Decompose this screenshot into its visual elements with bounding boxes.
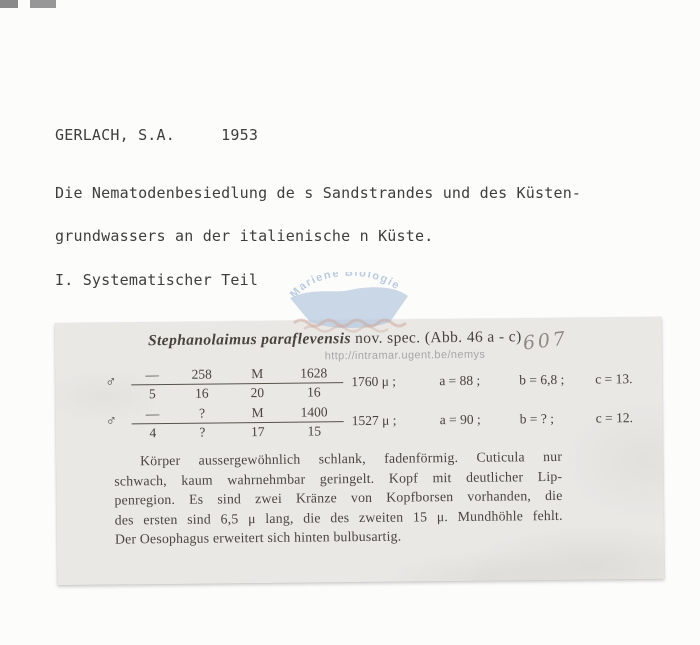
measurement-row-male-2: ♂ — ? M 1400 4 ? 17 15 1527 μ ; a = 90 ;… <box>106 401 634 442</box>
male-symbol: ♂ <box>105 374 129 391</box>
description-line: Der Oesophagus erweitert sich hinten bul… <box>115 525 563 549</box>
ratio-b-value: b = 6,8 ; <box>519 372 587 389</box>
title-line-2: grundwassers an der italienische n Küste… <box>55 229 581 244</box>
nemys-url-watermark: http://intramar.ugent.be/nemys <box>205 347 605 363</box>
demanian-formula: — ? M 1400 4 ? 17 15 <box>132 404 344 441</box>
title-line-1: Die Nematodenbesiedlung de s Sandstrande… <box>55 186 581 201</box>
formula-denominators: 4 ? 17 15 <box>132 422 344 441</box>
formula-cell: 5 <box>131 386 173 402</box>
author-year-line: GERLACH, S.A. 1953 <box>55 128 581 143</box>
formula-cell: M <box>231 405 285 422</box>
ratio-c-value: c = 12. <box>596 410 633 426</box>
species-name: Stephanolaimus paraflevensis <box>148 330 351 349</box>
formula-cell: 17 <box>231 424 285 441</box>
formula-cell: 1400 <box>285 404 344 421</box>
heading-suffix: nov. spec. (Abb. 46 a - c) <box>351 328 522 347</box>
title-line-3: I. Systematischer Teil <box>55 273 581 288</box>
ratio-a-value: a = 88 ; <box>439 372 505 389</box>
formula-cell: 258 <box>173 366 230 383</box>
formula-denominators: 5 16 20 16 <box>131 383 343 402</box>
ratio-b-value: b = ? ; <box>520 411 588 428</box>
scan-artifact-mark <box>0 0 18 8</box>
formula-cell: — <box>131 367 173 383</box>
formula-cell: 15 <box>285 423 344 440</box>
body-length-value: 1527 μ ; <box>352 412 426 429</box>
formula-cell: — <box>132 406 174 422</box>
species-heading: Stephanolaimus paraflevensis nov. spec. … <box>95 328 575 351</box>
formula-cell: 4 <box>132 425 174 441</box>
formula-numerators: — 258 M 1628 <box>131 365 343 385</box>
formula-cell: ? <box>174 405 231 422</box>
formula-cell: 16 <box>173 385 230 402</box>
formula-cell: 16 <box>284 384 343 401</box>
body-length-value: 1760 μ ; <box>351 373 425 390</box>
ratio-c-value: c = 13. <box>595 371 632 387</box>
species-description-paragraph: Körper aussergewöhnlich schlank, fadenfö… <box>114 447 563 549</box>
formula-cell: M <box>230 366 284 383</box>
formula-cell: ? <box>174 424 231 441</box>
formula-cell: 20 <box>230 385 284 402</box>
scanned-paper-clipping: Stephanolaimus paraflevensis nov. spec. … <box>55 317 665 585</box>
formula-numerators: — ? M 1400 <box>132 404 344 424</box>
scanned-index-card-page: GERLACH, S.A. 1953 Die Nematodenbesiedlu… <box>0 0 700 645</box>
demanian-formula: — 258 M 1628 5 16 20 16 <box>131 365 343 402</box>
scan-artifact-mark <box>30 0 56 8</box>
measurement-row-male-1: ♂ — 258 M 1628 5 16 20 16 1760 μ ; a = 8… <box>105 362 633 403</box>
ratio-a-value: a = 90 ; <box>440 411 506 428</box>
male-symbol: ♂ <box>106 413 130 430</box>
formula-cell: 1628 <box>284 365 343 382</box>
